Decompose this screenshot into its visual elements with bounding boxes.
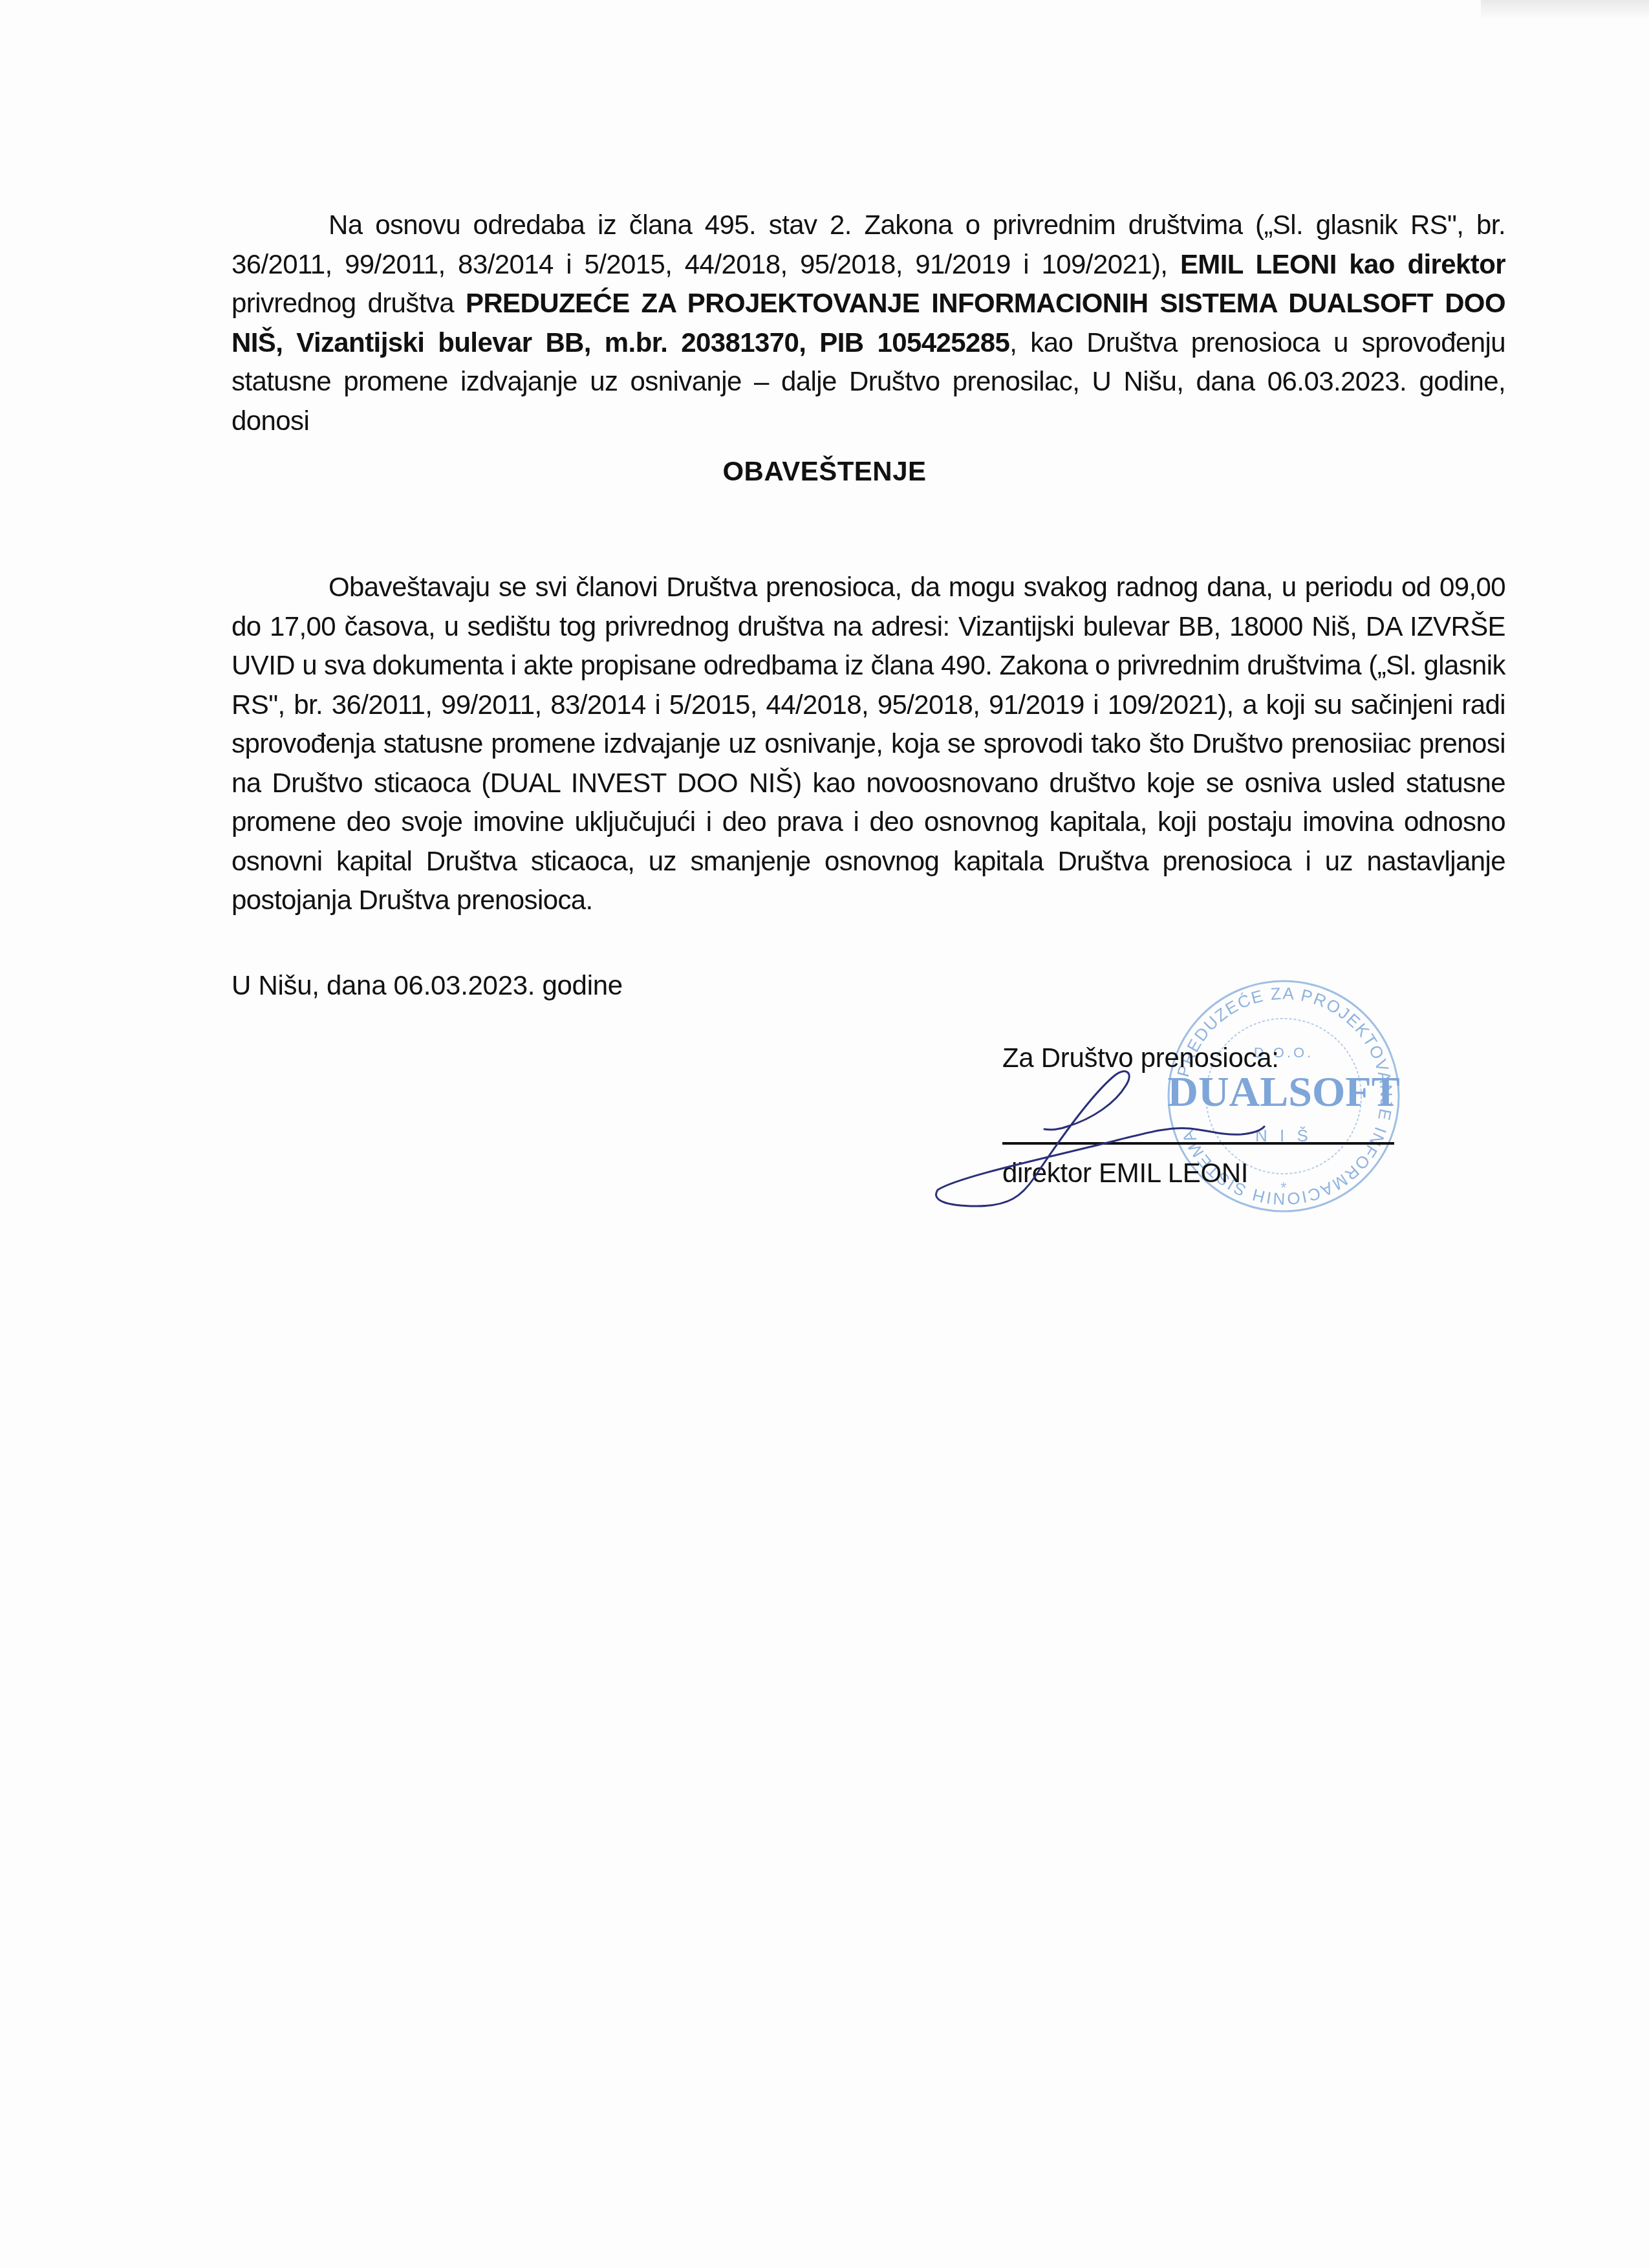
document-page: Na osnovu odredaba iz člana 495. stav 2.… xyxy=(0,0,1649,2268)
intro-segment: EMIL LEONI kao direktor xyxy=(1180,249,1505,279)
signatory-name: direktor EMIL LEONI xyxy=(1002,1158,1248,1189)
scan-edge-shadow xyxy=(1481,0,1649,19)
svg-text:DUALSOFT: DUALSOFT xyxy=(1167,1068,1399,1116)
signature-for-label: Za Društvo prenosioca: xyxy=(1002,1042,1279,1074)
place-and-date: U Nišu, dana 06.03.2023. godine xyxy=(232,970,623,1001)
svg-text:*: * xyxy=(1280,1180,1286,1197)
intro-paragraph: Na osnovu odredaba iz člana 495. stav 2.… xyxy=(232,206,1505,440)
signature-line xyxy=(1002,1142,1394,1145)
intro-segment: privrednog društva xyxy=(232,288,466,318)
notice-body-paragraph: Obaveštavaju se svi članovi Društva pren… xyxy=(232,568,1505,920)
document-title: OBAVEŠTENJE xyxy=(0,456,1649,487)
